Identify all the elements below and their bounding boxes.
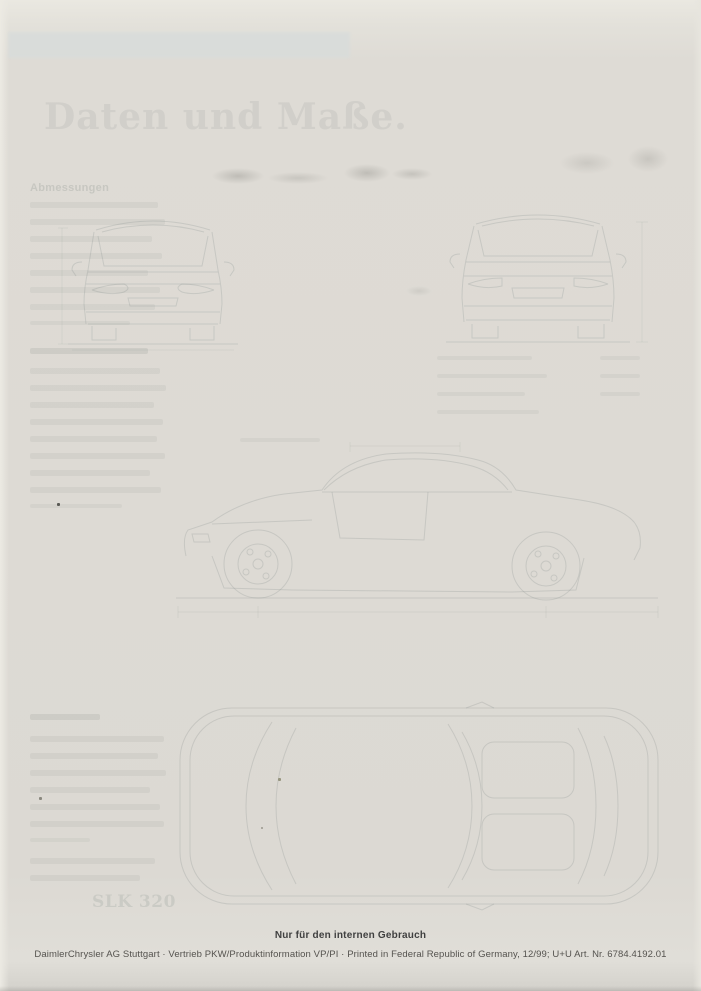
scan-speck (278, 778, 281, 781)
illegible-text-line (30, 385, 166, 391)
scan-smudge (628, 146, 668, 172)
illegible-text-line (30, 436, 157, 442)
illegible-table-row (600, 392, 640, 396)
illegible-text-line (30, 787, 150, 793)
car-top-view-drawing (176, 702, 664, 910)
page-edge-left (0, 0, 9, 991)
car-rear-view-drawing (428, 188, 648, 358)
scan-smudge (560, 152, 614, 174)
show-through-header-band (8, 32, 350, 58)
illegible-table-row (437, 410, 539, 414)
illegible-text-line (30, 453, 165, 459)
scan-smudge (392, 168, 432, 180)
illegible-table-row (437, 392, 525, 396)
scan-smudge (406, 286, 432, 296)
illegible-text-line (30, 838, 90, 842)
illegible-text-line (30, 419, 163, 425)
illegible-text-line (30, 368, 160, 374)
illegible-text-line (30, 753, 158, 759)
scan-smudge (268, 172, 328, 184)
scan-speck (261, 827, 263, 829)
illegible-text-line (30, 470, 150, 476)
ghost-page-title: Daten und Maße. (44, 96, 444, 138)
illegible-text-line (30, 487, 161, 493)
footer-imprint: DaimlerChrysler AG Stuttgart · Vertrieb … (0, 949, 701, 960)
illegible-text-line (30, 770, 166, 776)
scan-smudge (344, 164, 390, 182)
illegible-table-row (437, 374, 547, 378)
illegible-text-line (30, 402, 154, 408)
scan-speck (57, 503, 60, 506)
illegible-text-line (30, 804, 160, 810)
ghost-model-label: SLK 320 (92, 892, 176, 912)
illegible-text-line (30, 858, 155, 864)
scan-speck (39, 797, 42, 800)
car-front-view-drawing (58, 192, 248, 360)
page-edge-right (693, 0, 701, 991)
illegible-text-line (30, 821, 164, 827)
scan-smudge (212, 168, 264, 184)
scanned-brochure-page: Daten und Maße. Abmessungen SLK 320 (0, 0, 701, 991)
page-edge-shadow (0, 986, 701, 991)
illegible-text-line (30, 504, 122, 508)
illegible-text-line (30, 875, 140, 881)
car-side-view-drawing (172, 438, 664, 626)
illegible-table-row (600, 374, 640, 378)
illegible-text-line (30, 714, 100, 720)
illegible-text-line (30, 736, 164, 742)
footer-internal-use-note: Nur für den internen Gebrauch (0, 930, 701, 941)
